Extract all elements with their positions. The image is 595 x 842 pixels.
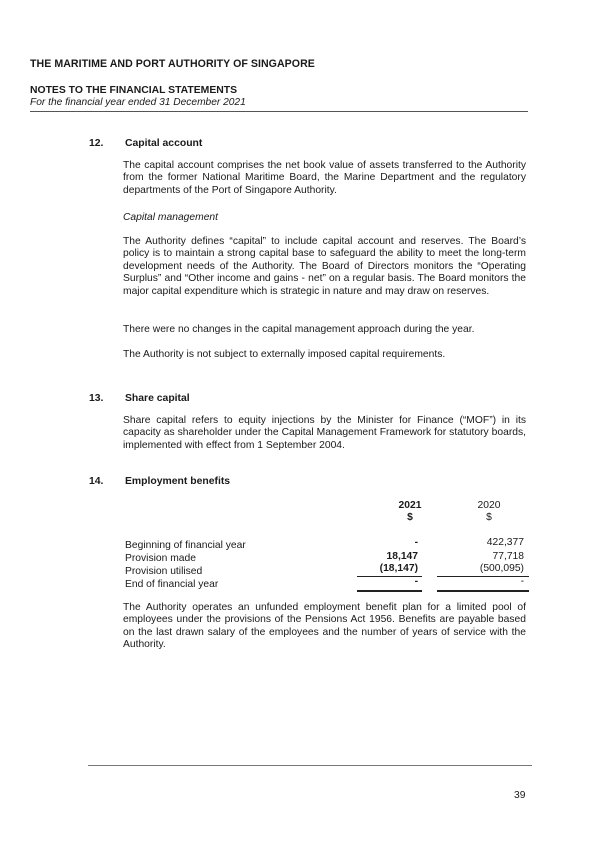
- column-header-2021: 2021: [385, 500, 435, 511]
- table-cell-2021: -: [360, 576, 418, 587]
- employment-benefits-paragraph: The Authority operates an unfunded emplo…: [123, 602, 526, 652]
- column-unit-2020: $: [464, 512, 514, 523]
- capital-management-subheading: Capital management: [123, 212, 218, 223]
- table-row-label: End of financial year: [125, 579, 218, 590]
- document-title: NOTES TO THE FINANCIAL STATEMENTS: [30, 85, 237, 96]
- total-rule-2021: [357, 590, 422, 592]
- table-cell-2020: (500,095): [440, 563, 524, 574]
- column-header-2020: 2020: [464, 500, 514, 511]
- external-requirements-paragraph: The Authority is not subject to external…: [123, 349, 526, 361]
- section-12-number: 12.: [89, 138, 103, 149]
- total-rule-2020: [437, 590, 529, 592]
- table-cell-2021: 18,147: [360, 551, 418, 562]
- section-14-title: Employment benefits: [125, 476, 230, 487]
- table-cell-2020: 422,377: [440, 537, 524, 548]
- no-changes-paragraph: There were no changes in the capital man…: [123, 324, 526, 336]
- table-cell-2020: 77,718: [440, 551, 524, 562]
- footer-divider: [88, 765, 532, 766]
- table-row-label: Beginning of financial year: [125, 540, 246, 551]
- section-13-title: Share capital: [125, 393, 190, 404]
- column-unit-2021: $: [385, 512, 435, 523]
- section-14-number: 14.: [89, 476, 103, 487]
- section-12-title: Capital account: [125, 138, 202, 149]
- share-capital-paragraph: Share capital refers to equity injection…: [123, 415, 526, 452]
- reporting-period: For the financial year ended 31 December…: [30, 97, 246, 108]
- table-cell-2021: -: [360, 537, 418, 548]
- header-divider: [30, 111, 528, 112]
- section-13-number: 13.: [89, 393, 103, 404]
- organization-name: THE MARITIME AND PORT AUTHORITY OF SINGA…: [30, 58, 315, 70]
- page-number: 39: [514, 790, 525, 801]
- capital-account-paragraph: The capital account comprises the net bo…: [123, 160, 526, 197]
- table-cell-2020: -: [440, 576, 524, 587]
- table-row-label: Provision made: [125, 553, 196, 564]
- table-cell-2021: (18,147): [360, 563, 418, 574]
- table-row-label: Provision utilised: [125, 566, 202, 577]
- capital-management-paragraph: The Authority defines “capital” to inclu…: [123, 236, 526, 298]
